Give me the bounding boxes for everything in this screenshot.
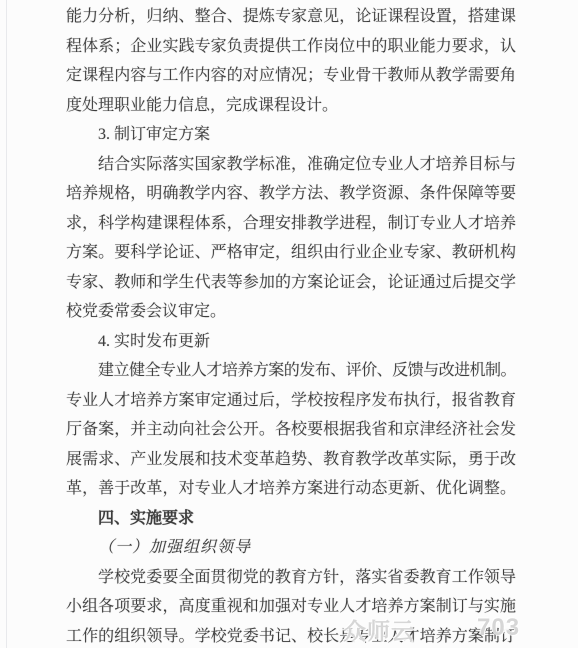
text-line: 四、实施要求 <box>66 504 516 534</box>
text-line: 能力分析，归纳、整合、提炼专家意见，论证课程设置，搭建课 <box>66 2 516 32</box>
text-line: 度处理职业能力信息，完成课程设计。 <box>66 91 516 121</box>
text-line: 专业人才培养方案审定通过后，学校按程序发布执行，报省教育 <box>66 386 516 416</box>
text-line: 学校党委要全面贯彻党的教育方针，落实省委教育工作领导 <box>66 563 516 593</box>
text-line: 定课程内容与工作内容的对应情况；专业骨干教师从教学需要角 <box>66 61 516 91</box>
text-line: 3. 制订审定方案 <box>66 120 516 150</box>
text-line: 4. 实时发布更新 <box>66 327 516 357</box>
text-line: 展需求、产业发展和技术变革趋势、教育教学改革实际，勇于改 <box>66 445 516 475</box>
text-line: 专家、教师和学生代表等参加的方案论证会，论证通过后提交学 <box>66 268 516 298</box>
text-line: 程体系；企业实践专家负责提供工作岗位中的职业能力要求，认 <box>66 32 516 62</box>
text-line: 革，善于改革，对专业人才培养方案进行动态更新、优化调整。 <box>66 474 516 504</box>
text-line: 方案。要科学论证、严格审定，组织由行业企业专家、教研机构 <box>66 238 516 268</box>
text-line: 求，科学构建课程体系，合理安排教学进程，制订专业人才培养 <box>66 209 516 239</box>
document-text-block: 能力分析，归纳、整合、提炼专家意见，论证课程设置，搭建课程体系；企业实践专家负责… <box>66 2 516 648</box>
scan-edge-line <box>6 0 7 648</box>
text-line: 校党委常委会议审定。 <box>66 297 516 327</box>
text-line: 工作的组织领导。学校党委书记、校长是专业人才培养方案制订 <box>66 622 516 648</box>
text-line: 结合实际落实国家教学标准，准确定位专业人才培养目标与 <box>66 150 516 180</box>
document-page: 能力分析，归纳、整合、提炼专家意见，论证课程设置，搭建课程体系；企业实践专家负责… <box>0 0 578 648</box>
text-line: （一）加强组织领导 <box>66 533 516 563</box>
text-line: 厅备案，并主动向社会公开。各校要根据我省和京津经济社会发 <box>66 415 516 445</box>
text-line: 建立健全专业人才培养方案的发布、评价、反馈与改进机制。 <box>66 356 516 386</box>
text-line: 培养规格，明确教学内容、教学方法、教学资源、条件保障等要 <box>66 179 516 209</box>
text-line: 小组各项要求，高度重视和加强对专业人才培养方案制订与实施 <box>66 592 516 622</box>
